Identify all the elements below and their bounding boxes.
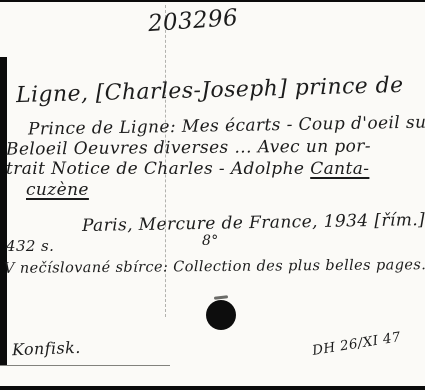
catalog-number: 203296 [147, 7, 239, 36]
description-line-3: trait Notice de Charles - Adolphe Canta- [6, 161, 369, 178]
scan-edge-left [0, 57, 7, 366]
hole-punch-dot [206, 300, 236, 330]
description-line-3-text: trait Notice de Charles - Adolphe [6, 159, 310, 179]
description-line-3-underlined-name: Canta- [310, 159, 369, 179]
scan-edge-bottom [0, 386, 425, 390]
imprint-line: Paris, Mercure de France, 1934 [řím.]. [82, 212, 425, 235]
format-notation: 8° [202, 234, 219, 248]
main-entry-heading: Ligne, [Charles-Joseph] prince de [16, 75, 404, 107]
card-edge-line [0, 365, 170, 366]
series-note: V nečíslované sbírce: Collection des plu… [4, 258, 425, 276]
description-line-4-underlined-name: cuzène [26, 182, 89, 199]
description-line-1: Prince de Ligne: Mes écarts - Coup d'oei… [28, 114, 425, 138]
pagination-note: 432 s. [6, 239, 54, 254]
description-line-2: Beloeil Oeuvres diverses ... Avec un por… [6, 138, 371, 158]
catalog-card-scan: 203296 Ligne, [Charles-Joseph] prince de… [0, 0, 425, 390]
date-initials-mark: DH 26/XI 47 [311, 331, 401, 358]
provenance-note: Konfisk. [12, 340, 81, 358]
scan-edge-top [0, 0, 425, 2]
